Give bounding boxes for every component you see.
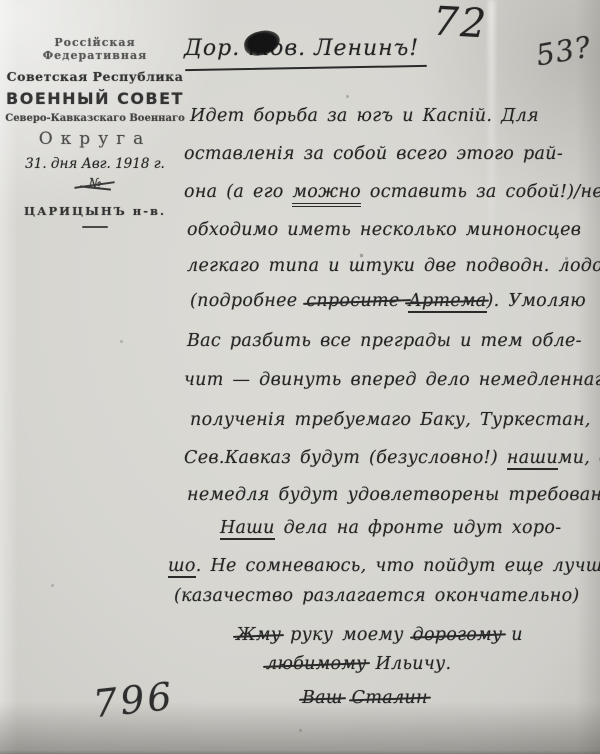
- letterhead-line-district2: Округа: [4, 129, 186, 149]
- manuscript-line: (казачество разлагается окончательно): [174, 586, 580, 606]
- paper-light-streak: [488, 0, 495, 270]
- manuscript-line: шо. Не сомневаюсь, что пойдут еще лучше: [168, 556, 600, 576]
- struck-text: Артема: [408, 291, 486, 313]
- manuscript-text: чит — двинуть вперед дело немедленнаго: [184, 370, 600, 390]
- letterhead-stamp: Россійская Федеративная Советская Респуб…: [4, 36, 186, 228]
- underlined-text: Наши: [220, 518, 275, 540]
- struck-text: Сталин: [352, 688, 428, 708]
- salutation-blotted-word: тов.: [248, 36, 306, 61]
- manuscript-line: любимому Ильичу.: [266, 654, 451, 674]
- manuscript-text: . Не сомневаюсь, что пойдут еще лучше: [196, 556, 600, 576]
- manuscript-text: легкаго типа и штуки две подводн. лодок: [187, 256, 600, 276]
- manuscript-line: (подробнее спросите Артема). Умоляю: [190, 291, 586, 311]
- struck-text: любимому: [266, 654, 367, 674]
- letterhead-dash-rule: [82, 226, 108, 228]
- manuscript-line: Сев.Кавказ будут (безусловно!) нашими, е…: [184, 448, 600, 468]
- letter-body: Идет борьба за югъ и Каспій. Дляоставлен…: [184, 0, 598, 754]
- manuscript-line: немедля будут удовлетворены требованія: [187, 485, 600, 505]
- paper-specks: [0, 0, 1, 1]
- letterhead-line-district1: Северо-Кавказскаго Военнаго: [4, 113, 186, 124]
- underlined-text: наши: [507, 448, 558, 470]
- page-number-top: 72: [432, 0, 489, 47]
- salutation-name: Ленинъ!: [314, 36, 419, 61]
- manuscript-line: обходимо иметь несколько миноносцев: [187, 220, 581, 240]
- letterhead-line-military-council: ВОЕННЫЙ СОВЕТ: [4, 89, 186, 108]
- manuscript-text: руку моему: [281, 625, 412, 645]
- manuscript-text: ). Умоляю: [487, 291, 586, 311]
- manuscript-line: Жму руку моему дорогому и: [236, 625, 523, 645]
- letterhead-line-republic1: Россійская Федеративная: [4, 36, 186, 62]
- manuscript-text: ми, если: [558, 448, 600, 468]
- manuscript-text: Вас разбить все преграды и тем обле-: [187, 331, 582, 351]
- struck-text: Жму: [236, 625, 281, 645]
- manuscript-line: легкаго типа и штуки две подводн. лодок: [187, 256, 600, 276]
- manuscript-line: оставленія за собой всего этого рай-: [184, 144, 563, 164]
- salutation-underline: [185, 65, 427, 71]
- manuscript-text: (казачество разлагается окончательно): [174, 586, 580, 606]
- underlined-text: можно: [292, 182, 361, 207]
- manuscript-text: она (а его: [184, 182, 292, 202]
- struck-text: спросите: [306, 291, 408, 311]
- manuscript-text: немедля будут удовлетворены требованія: [187, 485, 600, 505]
- manuscript-text: полученія требуемаго Баку, Туркестан,: [190, 410, 591, 430]
- manuscript-line: чит — двинуть вперед дело немедленнаго: [184, 370, 600, 390]
- letterhead-number-sign-crossed: №: [88, 176, 101, 192]
- manuscript-line: Вас разбить все преграды и тем обле-: [187, 331, 582, 351]
- manuscript-text: и: [502, 625, 522, 645]
- underlined-text: шо: [168, 556, 196, 578]
- manuscript-line: полученія требуемаго Баку, Туркестан,: [190, 410, 591, 430]
- manuscript-line: Наши дела на фронте идут хоро-: [220, 518, 561, 538]
- manuscript-line: она (а его можно оставить за собой!)/не-: [184, 182, 600, 202]
- letterhead-city: ЦАРИЦЫНЪ н-в.: [4, 204, 186, 218]
- manuscript-text: дела на фронте идут хоро-: [275, 518, 562, 538]
- salutation-line: Дор. тов. Ленинъ!: [184, 36, 419, 61]
- struck-text: дорогому: [413, 625, 503, 645]
- manuscript-text: оставить за собой!)/не-: [361, 182, 600, 202]
- manuscript-text: оставленія за собой всего этого рай-: [184, 144, 563, 164]
- manuscript-text: (подробнее: [190, 291, 306, 311]
- manuscript-line: Идет борьба за югъ и Каспій. Для: [190, 106, 539, 126]
- manuscript-text: Сев.Кавказ будут (безусловно!): [184, 448, 507, 468]
- letterhead-date: 31. дня Авг. 1918 г.: [4, 156, 186, 172]
- manuscript-text: [343, 688, 352, 708]
- manuscript-text: Идет борьба за югъ и Каспій. Для: [190, 106, 539, 126]
- salutation-prefix: Дор.: [184, 36, 240, 61]
- manuscript-text: обходимо иметь несколько миноносцев: [187, 220, 581, 240]
- manuscript-line: Ваш Сталин: [302, 688, 428, 708]
- page-number-side: 53?: [533, 29, 594, 72]
- manuscript-text: Ильичу.: [367, 654, 452, 674]
- struck-text: Ваш: [302, 688, 343, 708]
- archive-number-bottom: 796: [91, 674, 177, 726]
- letterhead-line-republic2: Советская Республика: [4, 69, 186, 84]
- document-photo: Россійская Федеративная Советская Респуб…: [0, 0, 600, 754]
